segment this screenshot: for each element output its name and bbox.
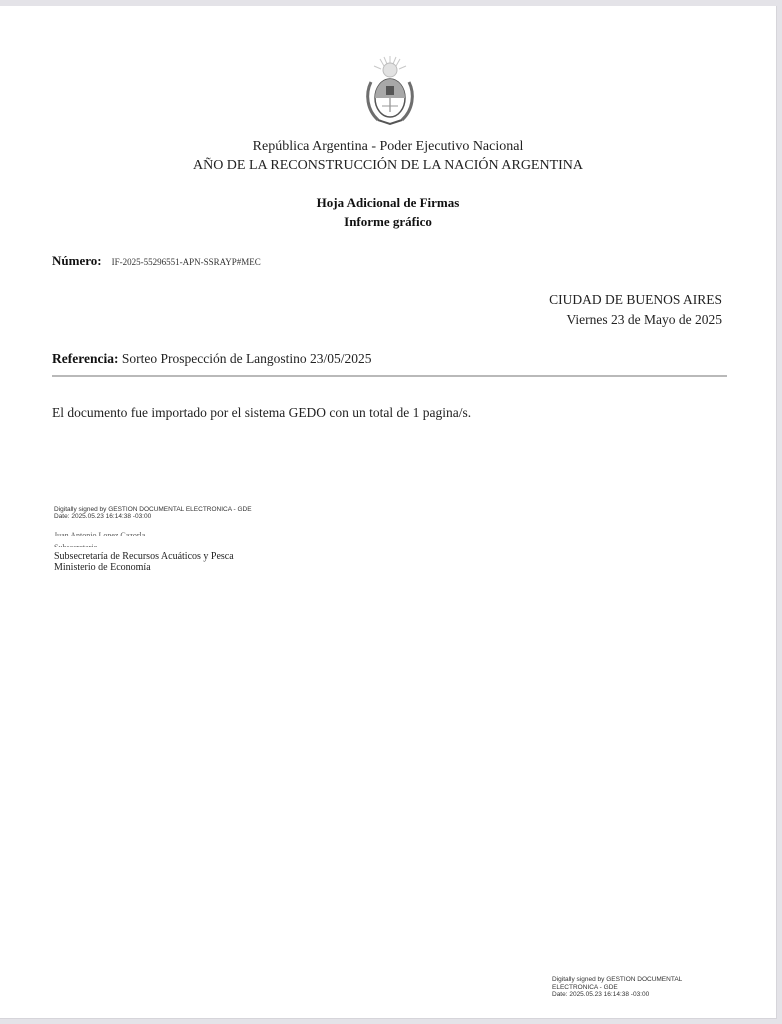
body-text: El documento fue importado por el sistem… (52, 405, 471, 421)
argentina-coat-of-arms-icon (362, 54, 418, 128)
footer-signature-line2: ELECTRONICA - GDE (552, 984, 682, 992)
city: CIUDAD DE BUENOS AIRES (549, 292, 722, 308)
document-number-value: IF-2025-55296551-APN-SSRAYP#MEC (112, 257, 261, 267)
reference-label: Referencia: (52, 351, 118, 366)
header-government: República Argentina - Poder Ejecutivo Na… (0, 139, 776, 155)
signer-role: Subsecretario (54, 542, 252, 547)
digital-signature-stamp: Digitally signed by GESTION DOCUMENTAL E… (54, 506, 252, 520)
document-subtitle: Informe gráfico (0, 214, 776, 230)
document-number-label: Número: (52, 253, 102, 268)
header-year-motto: AÑO DE LA RECONSTRUCCIÓN DE LA NACIÓN AR… (0, 158, 776, 174)
signer-name: Juan Antonio Lopez Cazorla (54, 530, 252, 536)
signer-organization: Subsecretaría de Recursos Acuáticos y Pe… (54, 551, 252, 573)
document-page: República Argentina - Poder Ejecutivo Na… (0, 6, 777, 1019)
signature-block: Digitally signed by GESTION DOCUMENTAL E… (54, 506, 252, 573)
document-title: Hoja Adicional de Firmas (0, 195, 776, 211)
digital-signature-date: Date: 2025.05.23 16:14:38 -03:00 (54, 513, 252, 520)
signer-org-line2: Ministerio de Economía (54, 562, 252, 573)
signer-org-line1: Subsecretaría de Recursos Acuáticos y Pe… (54, 551, 252, 562)
document-date: Viernes 23 de Mayo de 2025 (566, 312, 722, 328)
reference: Referencia: Sorteo Prospección de Langos… (52, 351, 372, 367)
divider (52, 375, 727, 377)
footer-signature-line1: Digitally signed by GESTION DOCUMENTAL (552, 976, 682, 984)
reference-value: Sorteo Prospección de Langostino 23/05/2… (122, 351, 372, 366)
digital-signature-line1: Digitally signed by GESTION DOCUMENTAL E… (54, 506, 252, 513)
footer-signature-date: Date: 2025.05.23 16:14:38 -03:00 (552, 991, 682, 999)
document-number: Número: IF-2025-55296551-APN-SSRAYP#MEC (52, 252, 261, 270)
footer-digital-signature-stamp: Digitally signed by GESTION DOCUMENTAL E… (552, 976, 682, 999)
